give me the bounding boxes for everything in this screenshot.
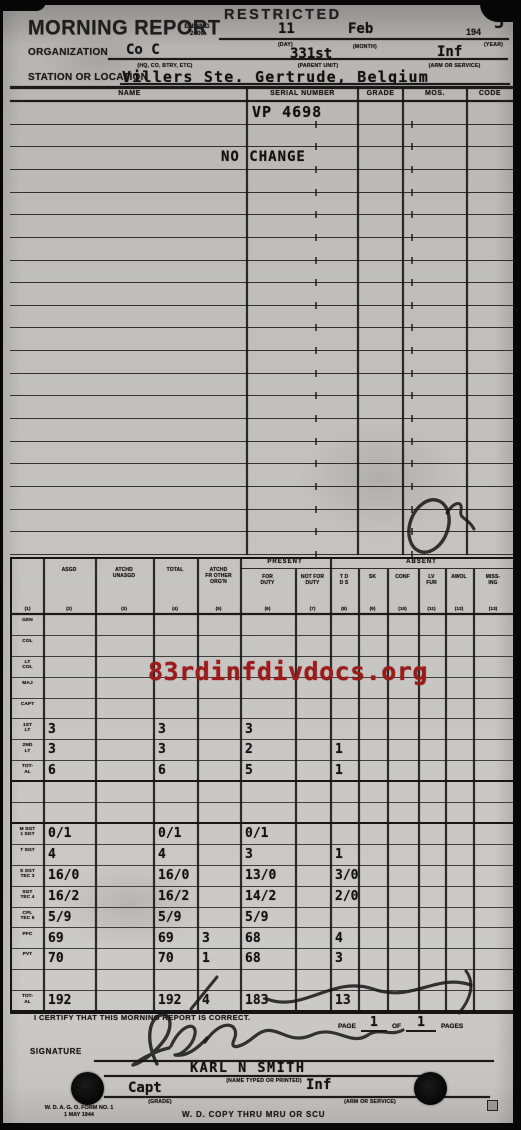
summary-row-label: LTCOL	[12, 657, 43, 671]
day-value: 11	[278, 21, 295, 37]
summary-table-vline	[153, 559, 155, 1012]
summary-table-vline	[43, 559, 45, 1012]
summary-cell-value: 70	[48, 951, 64, 966]
table-row	[10, 215, 514, 238]
year-label: (YEAR)	[484, 42, 503, 48]
summary-table-vline	[295, 569, 297, 1012]
summary-row: 2NDLT3321	[12, 740, 515, 761]
summary-row-label: GEN	[12, 615, 43, 623]
summary-cell-value: 14/2	[245, 889, 276, 904]
column-header-12: AWOL(12)	[445, 559, 473, 613]
summary-table-vline	[197, 559, 199, 1012]
circled-handwritten-mark	[393, 487, 481, 559]
summary-cell-value: 3/0	[335, 868, 358, 883]
summary-cell-value: 3	[245, 847, 253, 862]
month-value: Feb	[348, 21, 373, 37]
summary-cell-value: 6	[158, 763, 166, 778]
summary-cell-value: 3	[48, 722, 56, 737]
summary-row: SGTTEC 416/216/214/22/0	[12, 887, 515, 908]
summary-row	[12, 803, 515, 824]
table-row	[10, 193, 514, 216]
unit-value: Co C	[126, 42, 160, 58]
column-header-3: ATCHDUNASGD(3)	[95, 559, 153, 613]
summary-cell-value: 13/0	[245, 868, 276, 883]
column-header-9: SK(9)	[358, 559, 387, 613]
typed-name-label: (NAME TYPED OR PRINTED)	[154, 1078, 374, 1084]
summary-row-label: PFC	[12, 929, 43, 937]
column-header-mos: MOS.	[403, 90, 467, 97]
summary-row-label: COL	[12, 636, 43, 644]
column-header-code: CODE	[467, 90, 513, 97]
summary-row-label: T SGT	[12, 845, 43, 853]
summary-table-vline	[473, 569, 475, 1012]
column-header-1: (1)	[12, 559, 43, 613]
summary-cell-value: 69	[158, 931, 174, 946]
summary-row: PFC69693684	[12, 929, 515, 950]
summary-row: GEN	[12, 615, 515, 636]
table-row	[10, 283, 514, 306]
summary-table-vline	[387, 569, 389, 1012]
summary-row-label: CAPT	[12, 699, 43, 707]
summary-cell-value: 0/1	[48, 826, 71, 841]
corner-mark-square	[487, 1100, 498, 1111]
summary-cell-value: 3	[158, 722, 166, 737]
scan-edge-top	[0, 0, 521, 5]
date-fill-line	[219, 38, 509, 40]
summary-row: CAPT	[12, 699, 515, 720]
table-row	[10, 306, 514, 329]
name-table-vline	[246, 88, 248, 555]
summary-table-vline	[418, 569, 420, 1012]
scan-edge-right	[513, 0, 521, 1130]
summary-row: 1STLT333	[12, 720, 515, 741]
hole-punch-left	[71, 1072, 104, 1105]
column-header-13: MISS-ING(13)	[473, 559, 513, 613]
summary-table-vline	[95, 559, 97, 1012]
summary-cell-value: 5/9	[245, 910, 268, 925]
summary-row-label: S SGTTEC 3	[12, 866, 43, 880]
summary-table-vline	[240, 559, 242, 1012]
arm-label: (ARM OR SERVICE)	[310, 1099, 430, 1105]
summary-row-label	[12, 803, 43, 806]
summary-cell-value: 69	[48, 931, 64, 946]
name-table-vline	[357, 88, 359, 555]
form-id-line1: W. D. A. G. O. FORM NO. 1	[24, 1105, 134, 1112]
page: { "stamp": "RESTRICTED", "header": { "ti…	[0, 0, 521, 1130]
scan-edge-bottom	[0, 1123, 521, 1130]
summary-table: PRESENTABSENT(1)ASGD(2)ATCHDUNASGD(3)TOT…	[10, 557, 517, 1014]
column-header-8: T DD S(8)	[330, 559, 358, 613]
hole-punch-right	[414, 1072, 447, 1105]
table-row	[10, 329, 514, 352]
summary-table-vline	[445, 569, 447, 1012]
column-header-11: LVFUR(11)	[418, 559, 445, 613]
summary-row-label: PVT	[12, 949, 43, 957]
station-fill-line	[120, 83, 510, 85]
column-header-grade: GRADE	[358, 90, 403, 97]
summary-cell-value: 16/2	[158, 889, 189, 904]
summary-cell-value: 2/0	[335, 889, 358, 904]
arm-service-value: Inf	[437, 44, 462, 60]
table-row	[10, 419, 514, 442]
column-header-6: FORDUTY(6)	[240, 559, 295, 613]
summary-cell-value: 5	[245, 763, 253, 778]
summary-row: T SGT4431	[12, 845, 515, 866]
table-row	[10, 464, 514, 487]
scan-edge-left	[0, 0, 3, 1130]
column-header-name: NAME	[12, 90, 247, 97]
column-header-5: ATCHDFR OTHERORG'N(5)	[197, 559, 240, 613]
no-change-entry: NO CHANGE	[221, 149, 306, 165]
summary-cell-value: 6	[48, 763, 56, 778]
column-header-10: CONF(10)	[387, 559, 418, 613]
handwritten-signature	[105, 1006, 417, 1070]
scan-corner-top-left	[0, 0, 46, 11]
summary-row-label: 1STLT	[12, 720, 43, 734]
summary-cell-value: 1	[335, 847, 343, 862]
summary-cell-value: 70	[158, 951, 174, 966]
summary-row-label: M SGT1 SGT	[12, 824, 43, 838]
summary-cell-value: 4	[48, 847, 56, 862]
pages-label: PAGES	[441, 1023, 463, 1032]
summary-cell-value: 16/2	[48, 889, 79, 904]
summary-cell-value: 16/0	[158, 868, 189, 883]
summary-cell-value: 16/0	[48, 868, 79, 883]
summary-row-label	[12, 970, 43, 973]
table-row	[10, 442, 514, 465]
typed-name-line	[104, 1075, 422, 1077]
table-row	[10, 125, 514, 148]
column-header-serial-number: SERIAL NUMBER	[247, 90, 358, 97]
summary-row-label: SGTTEC 4	[12, 887, 43, 901]
summary-table-vline	[330, 559, 332, 1012]
organization-label: ORGANIZATION	[28, 47, 108, 58]
summary-row	[12, 782, 515, 803]
summary-cell-value: 192	[48, 993, 71, 1008]
summary-cell-value: 68	[245, 931, 261, 946]
table-row	[10, 374, 514, 397]
form-id: W. D. A. G. O. FORM NO. 1 1 MAY 1944	[24, 1105, 134, 1119]
summary-cell-value: 1	[335, 763, 343, 778]
watermark: 83rdinfdivdocs.org	[148, 657, 428, 686]
summary-cell-value: 4	[335, 931, 343, 946]
name-table-vline	[466, 88, 468, 555]
form-id-line2: 1 MAY 1944	[24, 1112, 134, 1119]
summary-row: TOT-AL6651	[12, 761, 515, 782]
column-header-4: TOTAL(4)	[153, 559, 197, 613]
summary-row-label	[12, 782, 43, 785]
ending-label-line1: ENDING	[176, 23, 218, 30]
summary-cell-value: 2	[245, 742, 253, 757]
document-paper: RESTRICTED MORNING REPORT ENDING 2400 11…	[0, 0, 521, 1130]
year-printed: 194	[466, 27, 481, 37]
grade-value: Capt	[128, 1080, 162, 1096]
summary-cell-value: 3	[48, 742, 56, 757]
table-row	[10, 351, 514, 374]
summary-cell-value: 3	[202, 931, 210, 946]
summary-row: CPLTEC 55/95/95/9	[12, 908, 515, 929]
summary-table-vline	[358, 569, 360, 1012]
table-row	[10, 261, 514, 284]
summary-cell-value: 5/9	[48, 910, 71, 925]
summary-cell-value: 3	[158, 742, 166, 757]
ending-label-line2: 2400	[176, 30, 218, 37]
summary-cell-value: 0/1	[245, 826, 268, 841]
summary-cell-value: 3	[245, 722, 253, 737]
column-header-7: NOT FORDUTY(7)	[295, 559, 330, 613]
summary-cell-value: 1	[335, 742, 343, 757]
name-table-vline	[402, 88, 404, 555]
parent-unit-value: 331st	[290, 46, 332, 62]
arm-value: Inf	[306, 1077, 331, 1093]
summary-row-label: CPLTEC 5	[12, 908, 43, 922]
summary-row-label: MAJ	[12, 678, 43, 686]
copy-note: W. D. COPY THRU MRU OR SCU	[182, 1110, 325, 1119]
table-row	[10, 238, 514, 261]
ending-2400-label: ENDING 2400	[176, 23, 218, 37]
serial-entry: VP 4698	[252, 103, 322, 121]
summary-cell-value: 0/1	[158, 826, 181, 841]
summary-cell-value: 5/9	[158, 910, 181, 925]
summary-row-label: 2NDLT	[12, 740, 43, 754]
column-header-2: ASGD(2)	[43, 559, 95, 613]
name-table-top-border	[10, 86, 514, 89]
summary-row: S SGTTEC 316/016/013/03/0	[12, 866, 515, 887]
signature-label: SIGNATURE	[30, 1047, 82, 1056]
summary-cell-value: 4	[158, 847, 166, 862]
month-label: (MONTH)	[353, 44, 377, 50]
summary-row: COL	[12, 636, 515, 657]
table-row	[10, 170, 514, 193]
summary-row-label: TOT-AL	[12, 991, 43, 1005]
summary-row-label: TOT-AL	[12, 761, 43, 775]
summary-row: M SGT1 SGT0/10/10/1	[12, 824, 515, 845]
table-row	[10, 396, 514, 419]
